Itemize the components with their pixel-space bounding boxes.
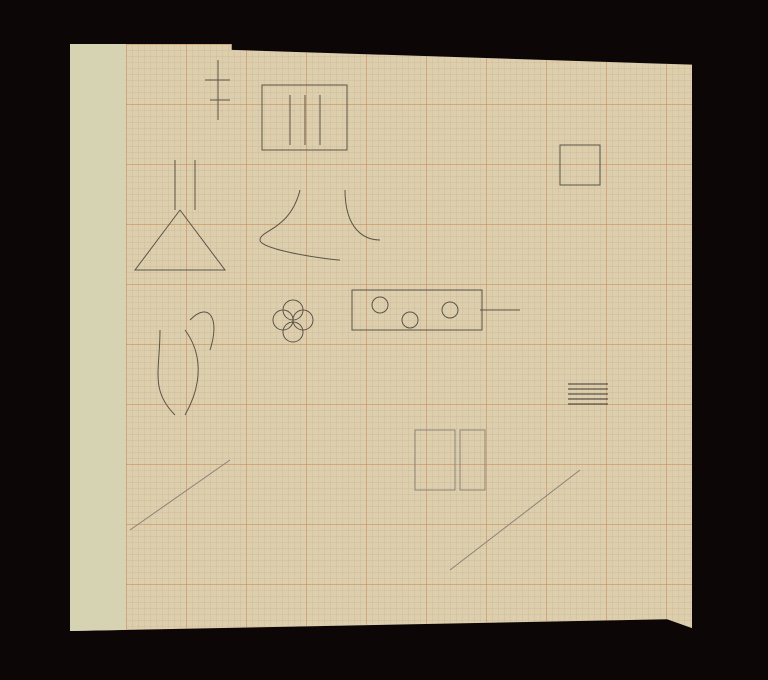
hatched-block-icon: [568, 384, 608, 404]
faint-sketches: [130, 430, 580, 570]
ewer-icon: [158, 312, 214, 415]
pencil-sketches: [0, 0, 768, 680]
scroll-frieze-icon: [352, 290, 520, 330]
vase-base-icon: [260, 190, 380, 260]
small-monogram-icon: [560, 145, 600, 185]
quatrefoil-icon: [273, 300, 313, 342]
candlestick-icon: [135, 160, 225, 270]
monogram-icon: [262, 85, 347, 150]
cross-ornament-icon: [205, 60, 230, 120]
